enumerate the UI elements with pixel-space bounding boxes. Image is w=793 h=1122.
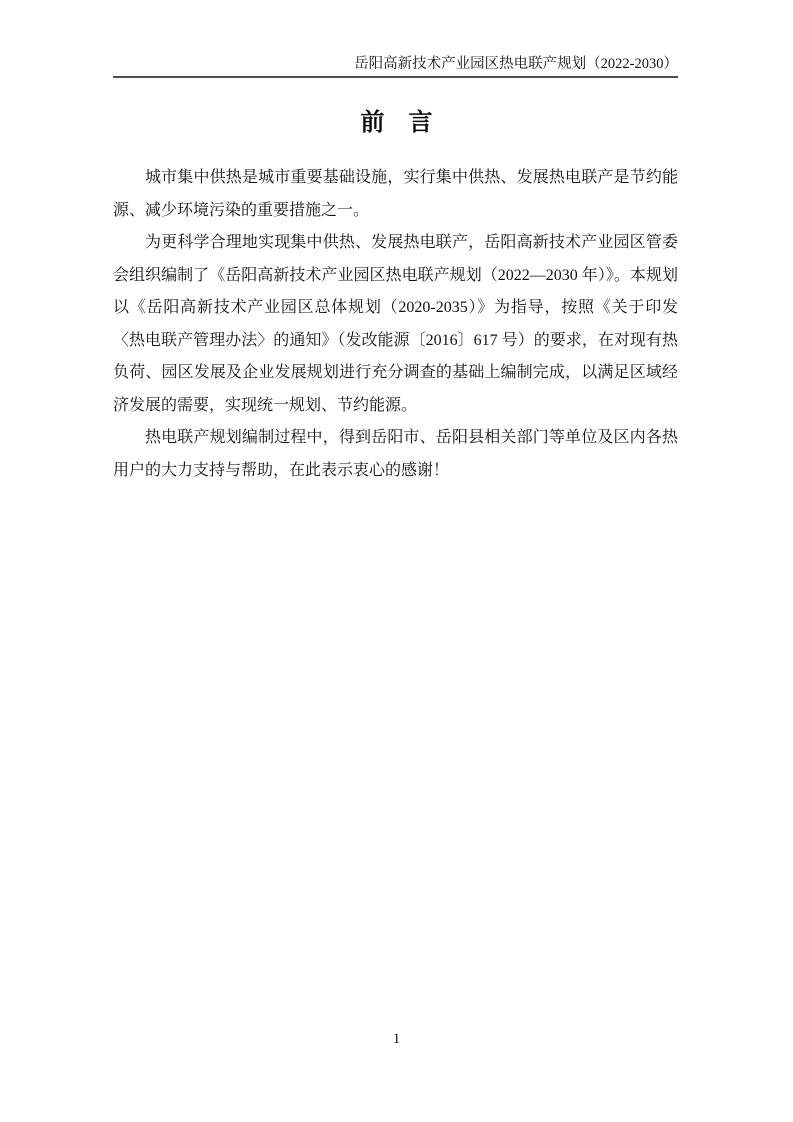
header-title: 岳阳高新技术产业园区热电联产规划（2022-2030） xyxy=(354,56,678,72)
paragraph: 城市集中供热是城市重要基础设施，实行集中供热、发展热电联产是节约能源、减少环境污… xyxy=(113,162,678,227)
paragraph: 为更科学合理地实现集中供热、发展热电联产，岳阳高新技术产业园区管委会组织编制了《… xyxy=(113,227,678,422)
header-divider xyxy=(113,76,678,78)
document-body: 城市集中供热是城市重要基础设施，实行集中供热、发展热电联产是节约能源、减少环境污… xyxy=(113,162,678,487)
page-number: 1 xyxy=(393,1031,401,1047)
page-title: 前 言 xyxy=(0,106,793,140)
document-page: 岳阳高新技术产业园区热电联产规划（2022-2030） 前 言 城市集中供热是城… xyxy=(0,0,793,1122)
page-header: 岳阳高新技术产业园区热电联产规划（2022-2030） xyxy=(113,55,678,73)
page-footer: 1 xyxy=(0,1030,793,1048)
paragraph: 热电联产规划编制过程中，得到岳阳市、岳阳县相关部门等单位及区内各热用户的大力支持… xyxy=(113,422,678,487)
